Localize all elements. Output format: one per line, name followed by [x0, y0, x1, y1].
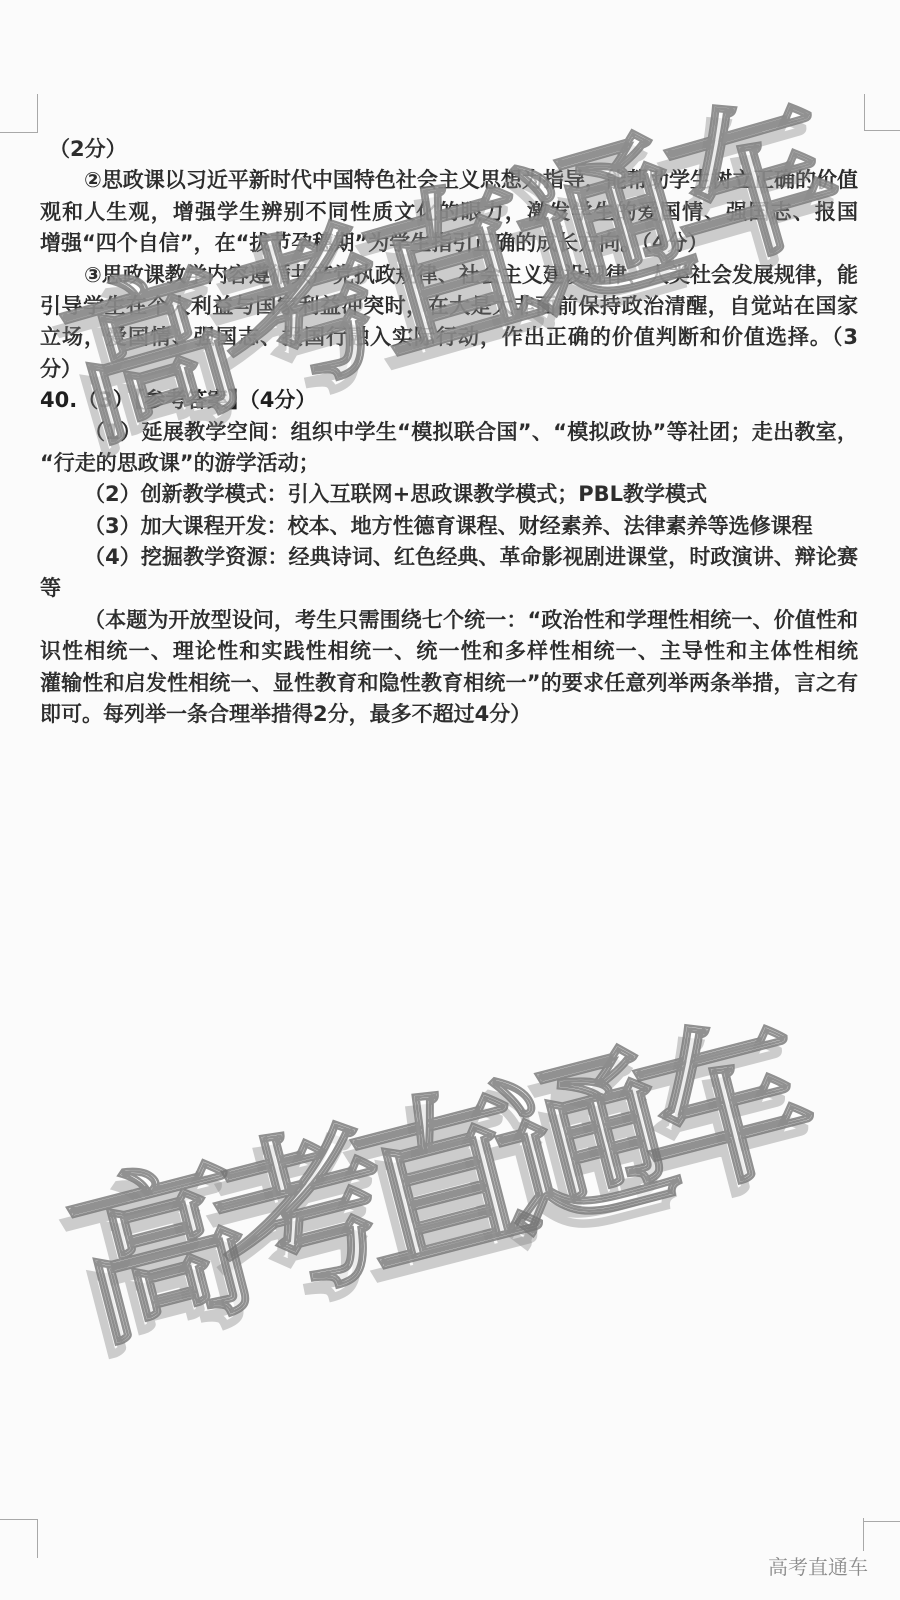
crop-mark-bottom-left-vertical — [37, 1519, 38, 1558]
crop-mark-top-right-vertical — [864, 94, 865, 131]
crop-mark-top-right-horizontal — [864, 130, 900, 131]
crop-mark-top-left-horizontal — [0, 132, 38, 133]
text-line: 立场，爱国情、强国志、报国行融入实际行动，作出正确的价值判断和价值选择。（3 — [40, 322, 858, 353]
text-line: 40.（3）【参考答案】（4分） — [40, 385, 858, 416]
text-line: “行走的思政课”的游学活动； — [40, 448, 858, 479]
text-line: （4）挖掘教学资源：经典诗词、红色经典、革命影视剧进课堂，时政演讲、辩论赛 — [40, 542, 858, 573]
text-line: （1）延展教学空间：组织中学生“模拟联合国”、“模拟政协”等社团；走出教室，开展 — [40, 417, 858, 448]
text-line: 增强“四个自信”，在“拔节孕穗期”为学生指引正确的成长方向。（4分） — [40, 228, 858, 259]
text-line: ②思政课以习近平新时代中国特色社会主义思想为指导，能帮助学生树立正确的价值 — [40, 165, 858, 196]
text-line: 引导学生在个人利益与国家利益冲突时，在大是大非面前保持政治清醒，自觉站在国家的 — [40, 291, 858, 322]
scanned-answer-page: （2分）②思政课以习近平新时代中国特色社会主义思想为指导，能帮助学生树立正确的价… — [0, 0, 900, 1600]
watermark-text: 高考直通车 — [54, 997, 811, 1373]
crop-mark-bottom-left-horizontal — [0, 1519, 38, 1520]
crop-mark-top-left-vertical — [37, 94, 38, 133]
text-line: （2）创新教学模式：引入互联网+思政课教学模式；PBL教学模式 — [40, 479, 858, 510]
footer-watermark-text: 高考直通车 — [768, 1551, 868, 1580]
text-line: 灌输性和启发性相统一、显性教育和隐性教育相统一”的要求任意列举两条举措，言之有理 — [40, 668, 858, 699]
watermark-middle: 高考直通车 高考直通车 — [54, 997, 811, 1373]
text-line: 等 — [40, 573, 858, 604]
text-line: 观和人生观，增强学生辨别不同性质文化的眼力，激发学生的爱国情、强国志、报国行， — [40, 197, 858, 228]
text-line: 分） — [40, 354, 858, 385]
text-line: （本题为开放型设问，考生只需围绕七个统一：“政治性和学理性相统一、价值性和知 — [40, 605, 858, 636]
text-line: 识性相统一、理论性和实践性相统一、统一性和多样性相统一、主导性和主体性相统一、 — [40, 636, 858, 667]
crop-mark-bottom-right-vertical — [863, 1518, 864, 1551]
answer-text-block: （2分）②思政课以习近平新时代中国特色社会主义思想为指导，能帮助学生树立正确的价… — [40, 134, 858, 730]
text-line: ③思政课教学内容遵循共产党执政规律、社会主义建设规律、人类社会发展规律，能 — [40, 260, 858, 291]
crop-mark-bottom-right-horizontal — [863, 1521, 900, 1522]
watermark-shadow-text: 高考直通车 — [48, 1010, 805, 1386]
text-line: （2分） — [40, 134, 858, 165]
text-line: 即可。每列举一条合理举措得2分，最多不超过4分） — [40, 699, 858, 730]
text-line: （3）加大课程开发：校本、地方性德育课程、财经素养、法律素养等选修课程 — [40, 511, 858, 542]
